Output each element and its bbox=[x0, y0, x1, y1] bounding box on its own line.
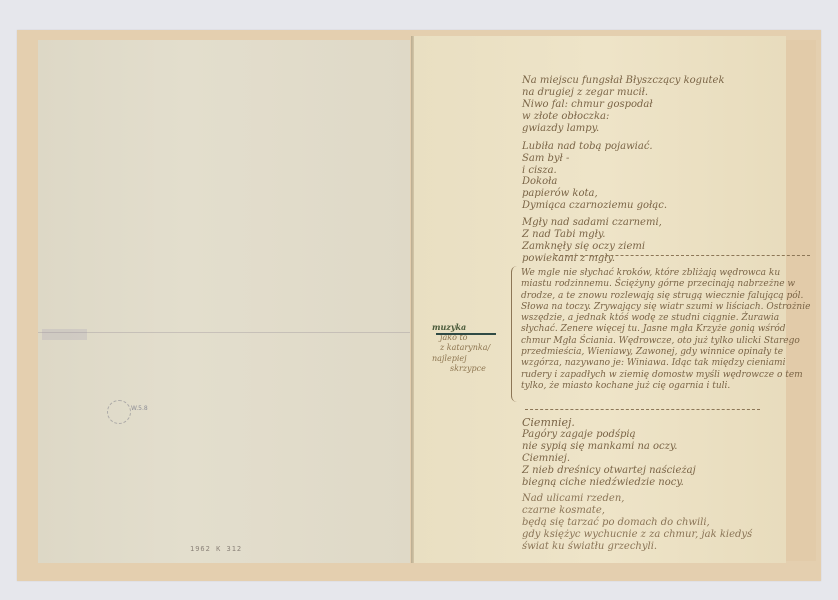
stanza-1: Na miejscu fungsłał Błyszczący kogutek n… bbox=[522, 75, 725, 177]
verse-line: będą się tarzać po domach do chwili, bbox=[522, 517, 752, 529]
fold-mark bbox=[42, 329, 87, 340]
dashed-separator bbox=[555, 255, 810, 256]
dashed-separator bbox=[525, 409, 760, 410]
stanza-2: Dokoła papierów kota, Dymiąca czarnoziem… bbox=[522, 176, 667, 265]
margin-note-line: najlepiej bbox=[432, 354, 512, 365]
verse-line: Ciemniej. bbox=[522, 417, 696, 429]
verse-line: Lubiła nad tobą pojawiać. bbox=[522, 141, 725, 153]
verse-line: Nad ulicami rzeden, bbox=[522, 493, 752, 505]
verse-line: Mgły nad sadami czarnemi, bbox=[522, 217, 667, 229]
stanza-3: Ciemniej. Pagóry zagaje podśpią nie sypi… bbox=[522, 417, 696, 489]
bracket-mark bbox=[511, 266, 518, 402]
margin-note: muzyka jako to z katarynka/ najlepiej sk… bbox=[432, 322, 512, 375]
stamp-text: W.5.8 bbox=[131, 405, 148, 412]
verse-line: Z nad Tabi mgły. bbox=[522, 229, 667, 241]
verse-line: Ciemniej. bbox=[522, 453, 696, 465]
strikethrough-mark bbox=[436, 333, 496, 335]
verse-line: papierów kota, bbox=[522, 188, 667, 200]
verse-line: Na miejscu fungsłał Błyszczący kogutek bbox=[522, 75, 725, 87]
verse-line: biegną ciche niedźwiedzie nocy. bbox=[522, 477, 696, 489]
verse-line: gwiazdy lampy. bbox=[522, 123, 725, 135]
verse-line: Zamknęły się oczy ziemi bbox=[522, 241, 667, 253]
library-stamp-icon bbox=[107, 400, 131, 424]
margin-note-line: skrzypce bbox=[432, 364, 512, 375]
fold-line bbox=[38, 332, 410, 333]
stanza-4: Nad ulicami rzeden, czarne kosmate, będą… bbox=[522, 493, 752, 553]
margin-note-line: z katarynka/ bbox=[432, 343, 512, 354]
verse-line: na drugiej z zegar mucił. bbox=[522, 87, 725, 99]
prose-passage: We mgle nie słychać kroków, które zbliża… bbox=[521, 268, 813, 392]
margin-note-line: muzyka bbox=[432, 322, 512, 333]
verse-line: Pagóry zagaje podśpią bbox=[522, 429, 696, 441]
verse-line: Sam był - bbox=[522, 153, 725, 165]
verse-line: Niwo fal: chmur gospodał bbox=[522, 99, 725, 111]
left-page bbox=[38, 40, 410, 563]
verse-line: czarne kosmate, bbox=[522, 505, 752, 517]
verse-line: Z nieb dreśnicy otwartej naścieżaj bbox=[522, 465, 696, 477]
verse-line: w złote obłoczka: bbox=[522, 111, 725, 123]
verse-line: nie sypią się mankami na oczy. bbox=[522, 441, 696, 453]
shelfmark: 1962 K 312 bbox=[190, 545, 242, 553]
verse-line: Dymiąca czarnoziemu gołąc. bbox=[522, 200, 667, 212]
verse-line: świat ku światłu grzechyli. bbox=[522, 541, 752, 553]
verse-line: Dokoła bbox=[522, 176, 667, 188]
verse-line: gdy księżyc wychucnie z za chmur, jak ki… bbox=[522, 529, 752, 541]
